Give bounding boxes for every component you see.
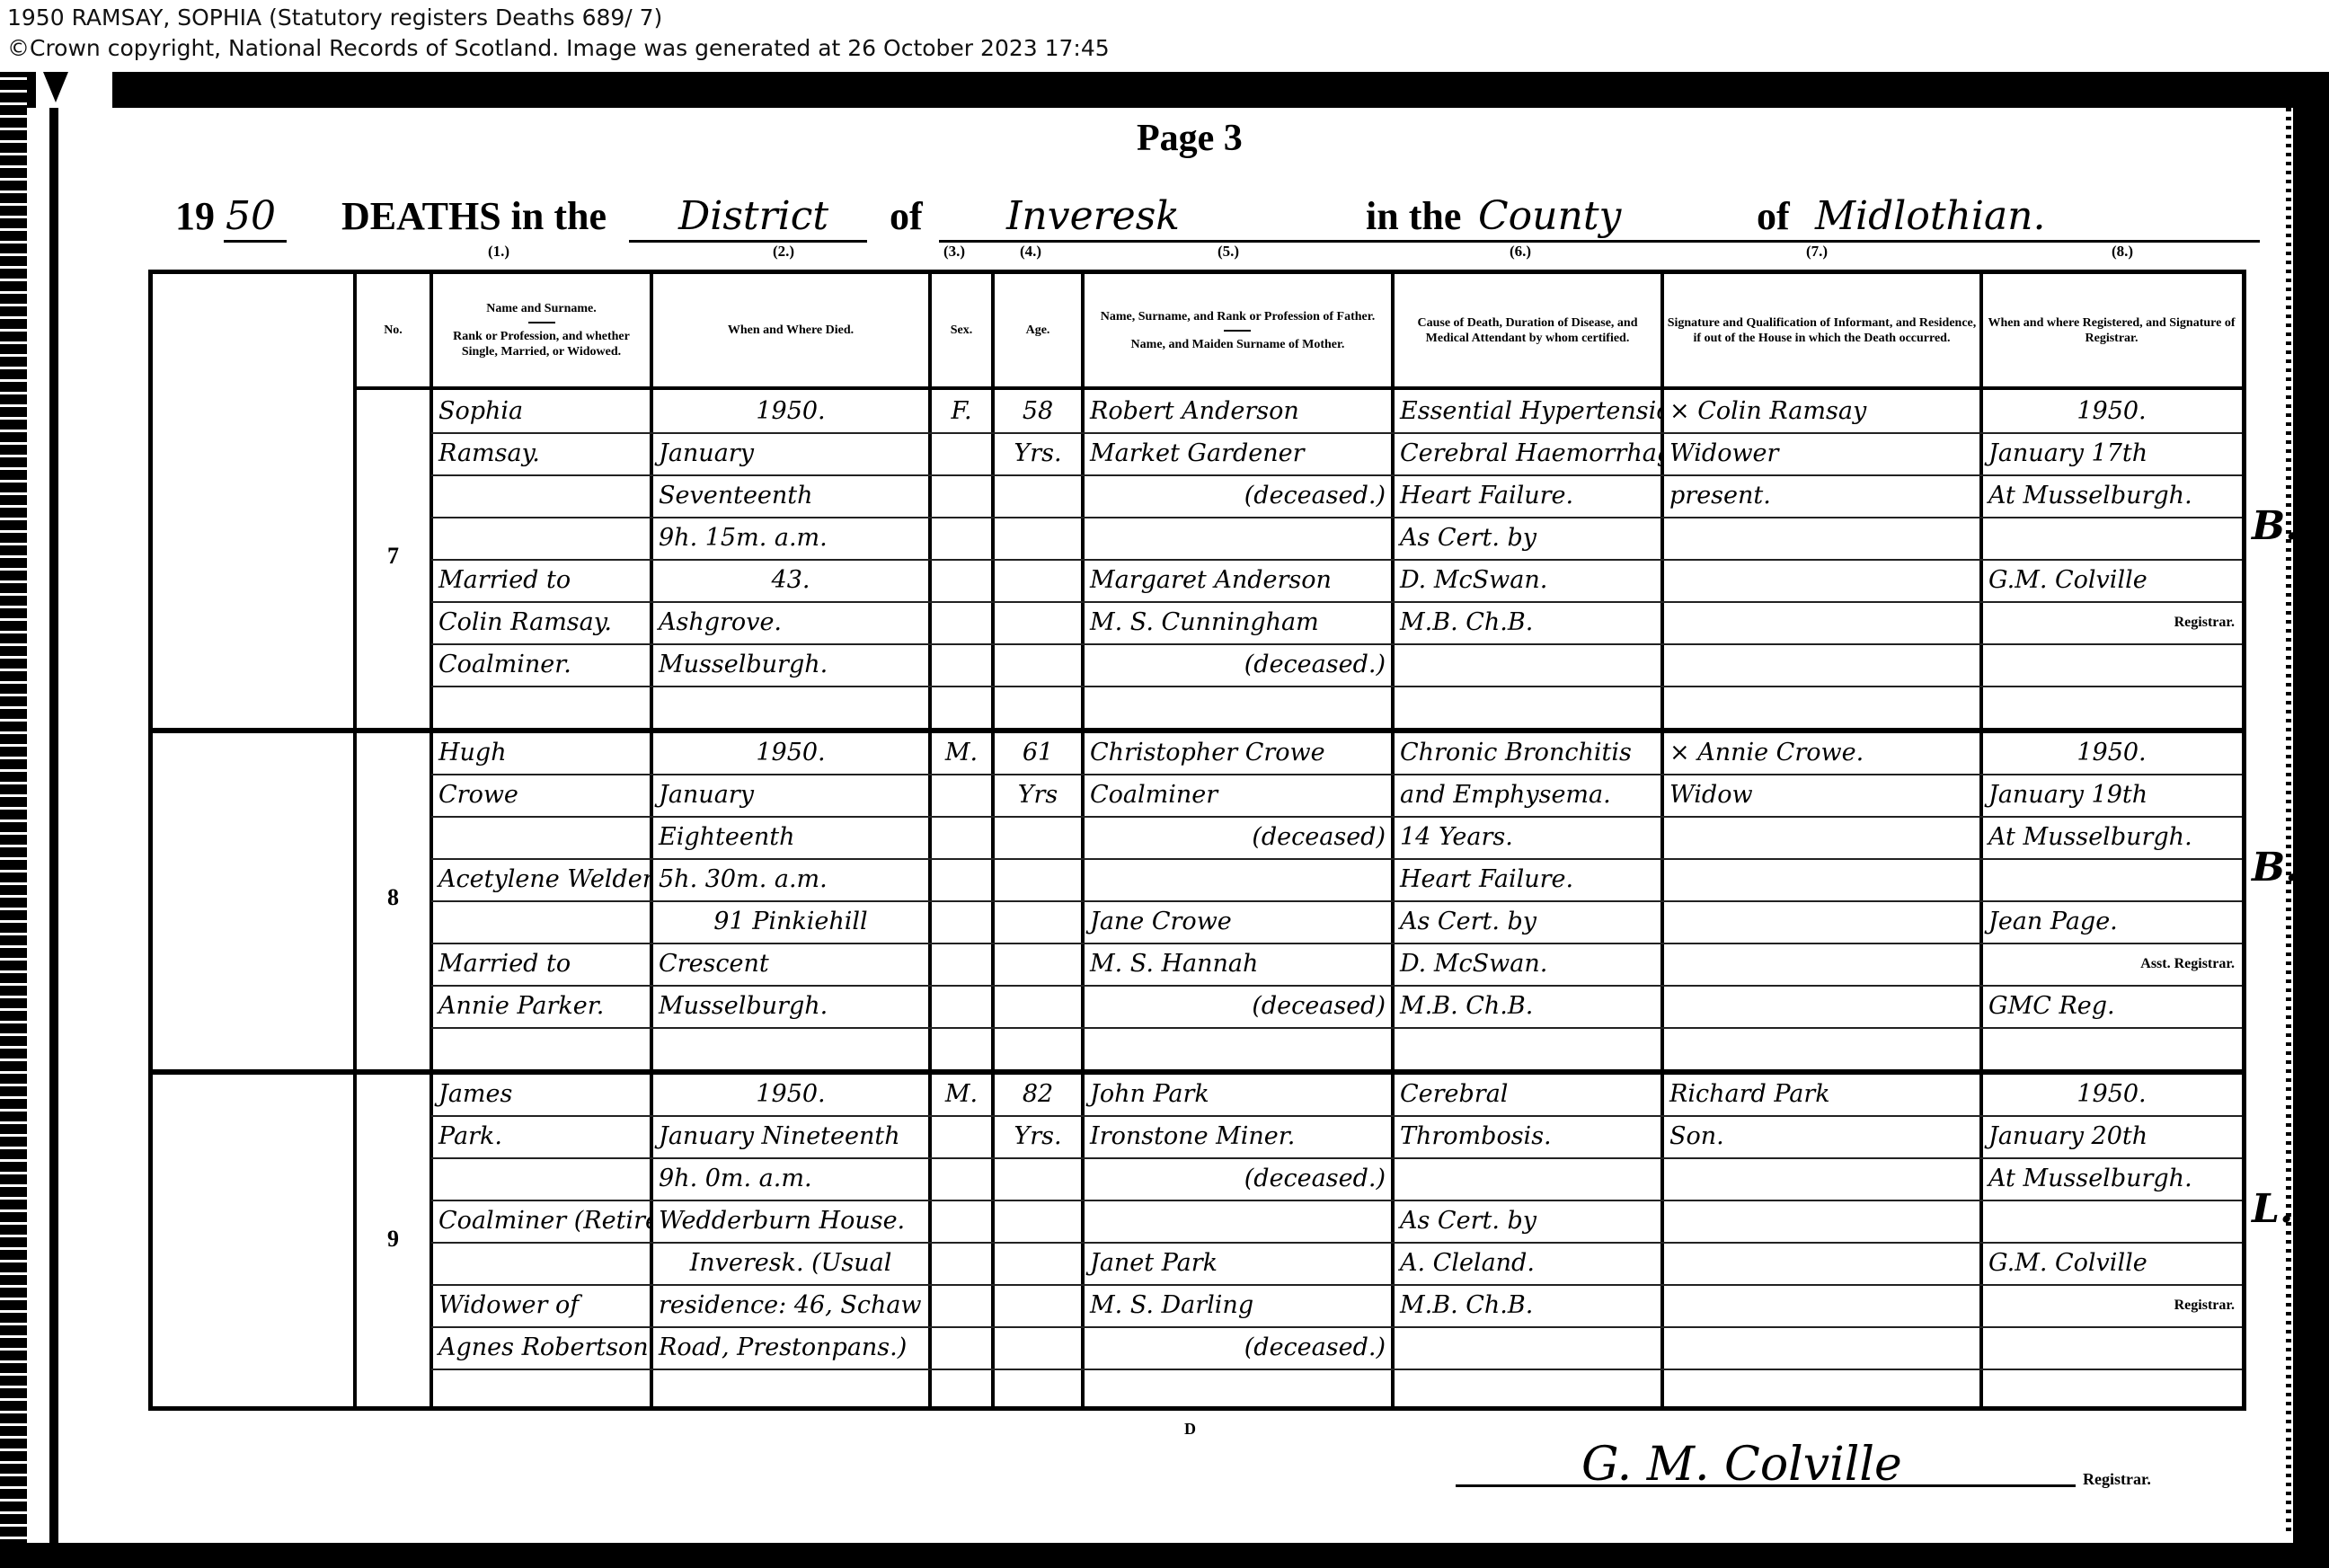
entry-7-cause-line: Essential Hypertension xyxy=(1393,390,1662,432)
entry-7-cause-line xyxy=(1393,686,1662,728)
entry-9-age-line xyxy=(993,1200,1083,1242)
header-informant: Signature and Qualification of Informant… xyxy=(1662,274,1981,386)
entry-8-registered-line xyxy=(1981,858,2242,900)
entry-9-parents-line: (deceased.) xyxy=(1083,1157,1393,1200)
entry-8-age-line: Yrs xyxy=(993,774,1083,816)
entry-9-when-where-line xyxy=(651,1369,930,1411)
entry-8-age-line xyxy=(993,900,1083,943)
year-prefix: 19 xyxy=(175,193,215,239)
entry-8-when-where-line: Musselburgh. xyxy=(651,985,930,1027)
entry-8-sex-line xyxy=(930,858,993,900)
page-right-edge xyxy=(2286,108,2291,1537)
entry-9-name-line: Park. xyxy=(431,1115,651,1157)
entry-7-name-line xyxy=(431,517,651,559)
entry-8-name-line xyxy=(431,816,651,858)
entry-8-parents-line: Coalminer xyxy=(1083,774,1393,816)
entry-9-when-where-line: 1950. xyxy=(651,1073,930,1115)
entry-8-registered-line: At Musselburgh. xyxy=(1981,816,2242,858)
entry-7-name-line: Coalminer. xyxy=(431,643,651,686)
entry-9-sex-line xyxy=(930,1115,993,1157)
entry-8-parents-line: Christopher Crowe xyxy=(1083,731,1393,774)
entry-7-registered-line: G.M. Colville xyxy=(1981,559,2242,601)
entry-7-cause-line: Heart Failure. xyxy=(1393,474,1662,517)
header-parents: Name, Surname, and Rank or Profession of… xyxy=(1083,274,1393,386)
county-type: County xyxy=(1478,193,1621,239)
entry-9-when-where-line: January Nineteenth xyxy=(651,1115,930,1157)
entry-9-informant-line xyxy=(1662,1242,1981,1284)
col-number-7: (7.) xyxy=(1806,243,1828,261)
entry-8-when-where-line: 91 Pinkiehill xyxy=(651,900,930,943)
entry-7-informant-line: Widower xyxy=(1662,432,1981,474)
entry-7-registered-line xyxy=(1981,686,2242,728)
entry-7-name-line xyxy=(431,474,651,517)
col-number-4: (4.) xyxy=(1020,243,1041,261)
entry-8-informant-line xyxy=(1662,816,1981,858)
entry-7-informant-line xyxy=(1662,686,1981,728)
entry-8-sex-line: M. xyxy=(930,731,993,774)
entry-8-parents-line xyxy=(1083,1027,1393,1069)
entry-8-name-line: Crowe xyxy=(431,774,651,816)
entry-7-registered-line: At Musselburgh. xyxy=(1981,474,2242,517)
entry-8-age-line xyxy=(993,985,1083,1027)
entry-9-sex-line: M. xyxy=(930,1073,993,1115)
entry-7-when-where-line: Seventeenth xyxy=(651,474,930,517)
entry-9-name-line: Agnes Robertson. xyxy=(431,1326,651,1369)
of-label-1: of xyxy=(890,193,923,239)
register-title: 19 50 DEATHS in the District of Inveresk… xyxy=(175,193,2260,247)
entry-8-sex-line xyxy=(930,985,993,1027)
district-name: Inveresk xyxy=(1006,193,1180,239)
entry-9-name-line xyxy=(431,1157,651,1200)
entry-7-cause-line: Cerebral Haemorrhage xyxy=(1393,432,1662,474)
entry-7-age-line xyxy=(993,517,1083,559)
entry-7-parents-line: (deceased.) xyxy=(1083,474,1393,517)
entry-7-name-line: Married to xyxy=(431,559,651,601)
entry-9-age-line xyxy=(993,1242,1083,1284)
entry-8-name-line xyxy=(431,900,651,943)
entry-8-age-line xyxy=(993,816,1083,858)
entry-7-name-line: Sophia xyxy=(431,390,651,432)
entry-9-informant-line xyxy=(1662,1326,1981,1369)
entry-9-cause-line xyxy=(1393,1369,1662,1411)
entry-9-sex-line xyxy=(930,1326,993,1369)
entry-9-age-line xyxy=(993,1284,1083,1326)
entry-8-age-line xyxy=(993,1027,1083,1069)
entry-9-informant-line xyxy=(1662,1157,1981,1200)
entry-7-registered-line: 1950. xyxy=(1981,390,2242,432)
entry-8-sex-line xyxy=(930,816,993,858)
col-number-8: (8.) xyxy=(2112,243,2133,261)
entry-7-cause-line xyxy=(1393,643,1662,686)
entry-8-informant-line xyxy=(1662,1027,1981,1069)
entry-9-registered-line: At Musselburgh. xyxy=(1981,1157,2242,1200)
entry-7-sex-line xyxy=(930,432,993,474)
entry-7-age-line xyxy=(993,643,1083,686)
entry-9-name-line: James xyxy=(431,1073,651,1115)
entry-9-age-line xyxy=(993,1157,1083,1200)
entry-7-sex-line xyxy=(930,517,993,559)
entry-8-parents-line xyxy=(1083,858,1393,900)
entry-8-name-line: Married to xyxy=(431,943,651,985)
entry-8-informant-line xyxy=(1662,943,1981,985)
entry-7-when-where-line: Musselburgh. xyxy=(651,643,930,686)
entry-8-when-where-line: 1950. xyxy=(651,731,930,774)
entry-7-registered-line: Registrar. xyxy=(1981,601,2242,643)
copyright-notice: ©Crown copyright, National Records of Sc… xyxy=(7,34,1110,63)
entry-9-registered-line xyxy=(1981,1200,2242,1242)
entry-7-informant-line: present. xyxy=(1662,474,1981,517)
entry-7-registered-line: January 17th xyxy=(1981,432,2242,474)
scan-left-border xyxy=(0,72,27,1568)
entry-7-parents-line xyxy=(1083,686,1393,728)
entry-9-registered-line: 1950. xyxy=(1981,1073,2242,1115)
footer-mark: D xyxy=(1184,1420,1196,1439)
entry-9-parents-line: (deceased.) xyxy=(1083,1326,1393,1369)
entry-8-informant-line xyxy=(1662,858,1981,900)
entry-9-parents-line: Janet Park xyxy=(1083,1242,1393,1284)
entry-7-informant-line xyxy=(1662,601,1981,643)
entry-7-name-line: Colin Ramsay. xyxy=(431,601,651,643)
entry-9-registered-line: G.M. Colville xyxy=(1981,1242,2242,1284)
entry-9-when-where-line: Road, Prestonpans.) xyxy=(651,1326,930,1369)
entry-9-parents-line xyxy=(1083,1369,1393,1411)
entry-8-sex-line xyxy=(930,943,993,985)
entry-7-when-where-line: 1950. xyxy=(651,390,930,432)
entry-7-when-where-line: 43. xyxy=(651,559,930,601)
entry-9-informant-line: Son. xyxy=(1662,1115,1981,1157)
header-cause: Cause of Death, Duration of Disease, and… xyxy=(1393,274,1662,386)
entry-number: 9 xyxy=(355,1226,431,1253)
entry-8-age-line: 61 xyxy=(993,731,1083,774)
entry-9-age-line xyxy=(993,1326,1083,1369)
entry-9-when-where-line: 9h. 0m. a.m. xyxy=(651,1157,930,1200)
margin-mark-entry-9: L. xyxy=(2252,1186,2293,1232)
entry-8-parents-line: (deceased) xyxy=(1083,985,1393,1027)
entry-8-parents-line: Jane Crowe xyxy=(1083,900,1393,943)
entry-9-informant-line: Richard Park xyxy=(1662,1073,1981,1115)
entry-9-cause-line xyxy=(1393,1157,1662,1200)
margin-mark-entry-8: B. xyxy=(2252,845,2299,890)
entry-7-cause-line: As Cert. by xyxy=(1393,517,1662,559)
entry-8-registered-line: Jean Page. xyxy=(1981,900,2242,943)
entry-7-age-line xyxy=(993,686,1083,728)
entry-9-cause-line xyxy=(1393,1326,1662,1369)
entry-7-informant-line xyxy=(1662,517,1981,559)
entry-9-when-where-line: Wedderburn House. xyxy=(651,1200,930,1242)
entry-7-informant-line xyxy=(1662,559,1981,601)
registrar-signature: G. M. Colville xyxy=(1581,1438,1902,1492)
entry-8-parents-line: (deceased) xyxy=(1083,816,1393,858)
entry-7-sex-line xyxy=(930,601,993,643)
entry-8-when-where-line xyxy=(651,1027,930,1069)
entry-8-name-line xyxy=(431,1027,651,1069)
header-registered: When and where Registered, and Signature… xyxy=(1981,274,2242,386)
entry-7-age-line xyxy=(993,559,1083,601)
entry-number: 8 xyxy=(355,884,431,911)
entry-9-age-line xyxy=(993,1369,1083,1411)
entry-7-parents-line xyxy=(1083,517,1393,559)
col-number-5: (5.) xyxy=(1218,243,1239,261)
entry-9-informant-line xyxy=(1662,1200,1981,1242)
entry-7-parents-line: Robert Anderson xyxy=(1083,390,1393,432)
margin-mark-entry-7: B. xyxy=(2252,503,2299,549)
entry-8-when-where-line: 5h. 30m. a.m. xyxy=(651,858,930,900)
entry-9-registered-line: Registrar. xyxy=(1981,1284,2242,1326)
entry-8-sex-line xyxy=(930,774,993,816)
entry-7-sex-line xyxy=(930,686,993,728)
entry-7-parents-line: Margaret Anderson xyxy=(1083,559,1393,601)
entry-9-sex-line xyxy=(930,1157,993,1200)
county-name: Midlothian. xyxy=(1815,193,2046,239)
entry-9-registered-line xyxy=(1981,1369,2242,1411)
entry-8-informant-line: Widow xyxy=(1662,774,1981,816)
entry-7-age-line xyxy=(993,474,1083,517)
col-number-3: (3.) xyxy=(943,243,965,261)
entry-8-when-where-line: Eighteenth xyxy=(651,816,930,858)
entry-9-name-line xyxy=(431,1369,651,1411)
entry-number: 7 xyxy=(355,543,431,570)
entry-9-parents-line xyxy=(1083,1200,1393,1242)
entry-8-cause-line: Heart Failure. xyxy=(1393,858,1662,900)
corner-marker-icon xyxy=(43,72,68,102)
entry-8-registered-line: GMC Reg. xyxy=(1981,985,2242,1027)
entry-8-name-line: Hugh xyxy=(431,731,651,774)
entry-8-cause-line: and Emphysema. xyxy=(1393,774,1662,816)
entry-8-cause-line: 14 Years. xyxy=(1393,816,1662,858)
entry-8-registered-line: January 19th xyxy=(1981,774,2242,816)
year-suffix: 50 xyxy=(226,193,276,239)
entry-7-parents-line: (deceased.) xyxy=(1083,643,1393,686)
entry-9-age-line: Yrs. xyxy=(993,1115,1083,1157)
entry-7-sex-line: F. xyxy=(930,390,993,432)
header-when-where: When and Where Died. xyxy=(651,274,930,386)
district-type: District xyxy=(678,193,828,239)
entry-9-parents-line: M. S. Darling xyxy=(1083,1284,1393,1326)
entry-8-parents-line: M. S. Hannah xyxy=(1083,943,1393,985)
entry-7-age-line: Yrs. xyxy=(993,432,1083,474)
entry-9-age-line: 82 xyxy=(993,1073,1083,1115)
entry-9-cause-line: As Cert. by xyxy=(1393,1200,1662,1242)
entry-8-cause-line: As Cert. by xyxy=(1393,900,1662,943)
entry-7-when-where-line xyxy=(651,686,930,728)
entry-8-name-line: Acetylene Welder. xyxy=(431,858,651,900)
entry-9-sex-line xyxy=(930,1284,993,1326)
entry-7-sex-line xyxy=(930,474,993,517)
scan-bottom-border xyxy=(0,1543,2329,1568)
scan-top-border xyxy=(0,72,2329,108)
page-left-rule xyxy=(49,99,58,1546)
entry-7-when-where-line: January xyxy=(651,432,930,474)
entry-8-sex-line xyxy=(930,900,993,943)
entry-7-name-line: Ramsay. xyxy=(431,432,651,474)
entry-9-registered-line xyxy=(1981,1326,2242,1369)
entry-7-sex-line xyxy=(930,559,993,601)
entry-8-registered-line xyxy=(1981,1027,2242,1069)
entry-8-age-line xyxy=(993,858,1083,900)
entry-8-informant-line xyxy=(1662,985,1981,1027)
header-sex: Sex. xyxy=(930,274,993,386)
col-number-1: (1.) xyxy=(488,243,509,261)
scan-right-border xyxy=(2293,72,2329,1568)
entry-7-cause-line: D. McSwan. xyxy=(1393,559,1662,601)
entry-7-cause-line: M.B. Ch.B. xyxy=(1393,601,1662,643)
entry-7-when-where-line: 9h. 15m. a.m. xyxy=(651,517,930,559)
entry-9-cause-line: M.B. Ch.B. xyxy=(1393,1284,1662,1326)
entry-9-cause-line: Cerebral xyxy=(1393,1073,1662,1115)
header-age: Age. xyxy=(993,274,1083,386)
entry-7-registered-line xyxy=(1981,643,2242,686)
entry-9-sex-line xyxy=(930,1242,993,1284)
entry-9-name-line: Coalminer (Retired) xyxy=(431,1200,651,1242)
record-title: 1950 RAMSAY, SOPHIA (Statutory registers… xyxy=(7,4,662,32)
entry-8-cause-line: M.B. Ch.B. xyxy=(1393,985,1662,1027)
entry-9-sex-line xyxy=(930,1200,993,1242)
entry-9-parents-line: Ironstone Miner. xyxy=(1083,1115,1393,1157)
entry-9-cause-line: A. Cleland. xyxy=(1393,1242,1662,1284)
entry-8-sex-line xyxy=(930,1027,993,1069)
entry-8-when-where-line: January xyxy=(651,774,930,816)
entry-9-name-line xyxy=(431,1242,651,1284)
entry-9-informant-line xyxy=(1662,1369,1981,1411)
entry-7-age-line: 58 xyxy=(993,390,1083,432)
entry-8-cause-line: D. McSwan. xyxy=(1393,943,1662,985)
entry-9-when-where-line: residence: 46, Schaw xyxy=(651,1284,930,1326)
death-register-table: No. Name and Surname.Rank or Profession,… xyxy=(148,270,2246,1411)
header-no: No. xyxy=(355,274,431,386)
entry-7-informant-line: × Colin Ramsay xyxy=(1662,390,1981,432)
entry-9-cause-line: Thrombosis. xyxy=(1393,1115,1662,1157)
registrar-label: Registrar. xyxy=(2083,1470,2151,1489)
entry-7-sex-line xyxy=(930,643,993,686)
entry-8-registered-line: Asst. Registrar. xyxy=(1981,943,2242,985)
entry-9-sex-line xyxy=(930,1369,993,1411)
entry-7-parents-line: M. S. Cunningham xyxy=(1083,601,1393,643)
col-number-6: (6.) xyxy=(1510,243,1531,261)
entry-7-informant-line xyxy=(1662,643,1981,686)
entry-8-when-where-line: Crescent xyxy=(651,943,930,985)
entry-7-name-line xyxy=(431,686,651,728)
entry-9-informant-line xyxy=(1662,1284,1981,1326)
entry-8-cause-line xyxy=(1393,1027,1662,1069)
col-number-2: (2.) xyxy=(773,243,794,261)
entry-8-age-line xyxy=(993,943,1083,985)
entry-7-when-where-line: Ashgrove. xyxy=(651,601,930,643)
entry-8-informant-line: × Annie Crowe. xyxy=(1662,731,1981,774)
entry-7-age-line xyxy=(993,601,1083,643)
entry-9-registered-line: January 20th xyxy=(1981,1115,2242,1157)
entry-8-cause-line: Chronic Bronchitis xyxy=(1393,731,1662,774)
entry-8-informant-line xyxy=(1662,900,1981,943)
signature-line xyxy=(1456,1484,2076,1487)
entry-7-registered-line xyxy=(1981,517,2242,559)
header-name: Name and Surname.Rank or Profession, and… xyxy=(431,274,651,386)
page-number: Page 3 xyxy=(1137,117,1243,160)
in-the-label: in the xyxy=(1366,193,1461,239)
of-label-2: of xyxy=(1757,193,1790,239)
entry-7-parents-line: Market Gardener xyxy=(1083,432,1393,474)
deaths-in-the-label: DEATHS in the xyxy=(341,193,607,239)
entry-9-parents-line: John Park xyxy=(1083,1073,1393,1115)
entry-8-registered-line: 1950. xyxy=(1981,731,2242,774)
entry-9-when-where-line: Inveresk. (Usual xyxy=(651,1242,930,1284)
entry-8-name-line: Annie Parker. xyxy=(431,985,651,1027)
entry-9-name-line: Widower of xyxy=(431,1284,651,1326)
